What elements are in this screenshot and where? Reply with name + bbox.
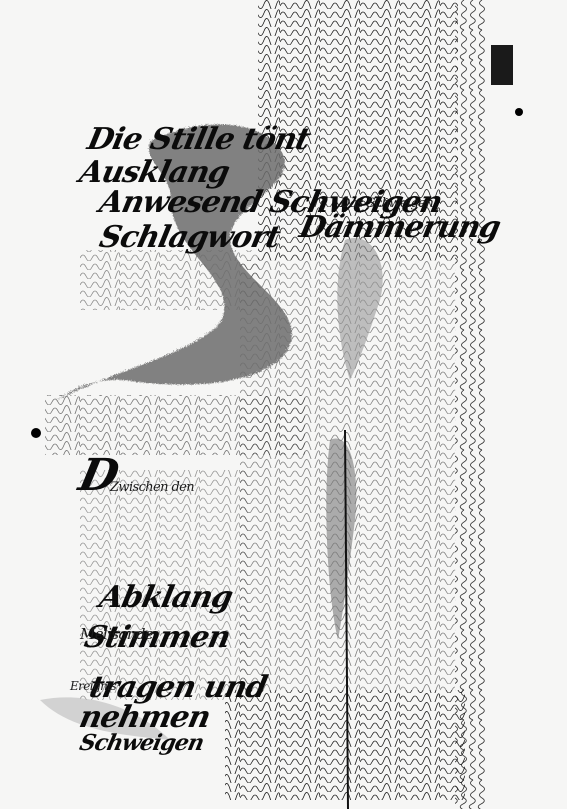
line-4: Schlagwort xyxy=(96,220,283,255)
line-11: Schweigen xyxy=(77,730,205,756)
line-5: Dämmerung xyxy=(296,210,503,245)
artwork-canvas: Die Stille tönt Ausklang Anwesend Schwei… xyxy=(0,0,567,809)
fragment-melisande: Melisande xyxy=(80,628,153,640)
fragment-das-schweigen: Zwischen den xyxy=(110,482,194,494)
fragment-ereignis: Ereignis xyxy=(70,680,116,692)
fragment-zwischen: Das Schweigen xyxy=(340,198,433,210)
line-1: Die Stille tönt xyxy=(84,122,312,157)
line-9: Abklang xyxy=(96,580,235,615)
